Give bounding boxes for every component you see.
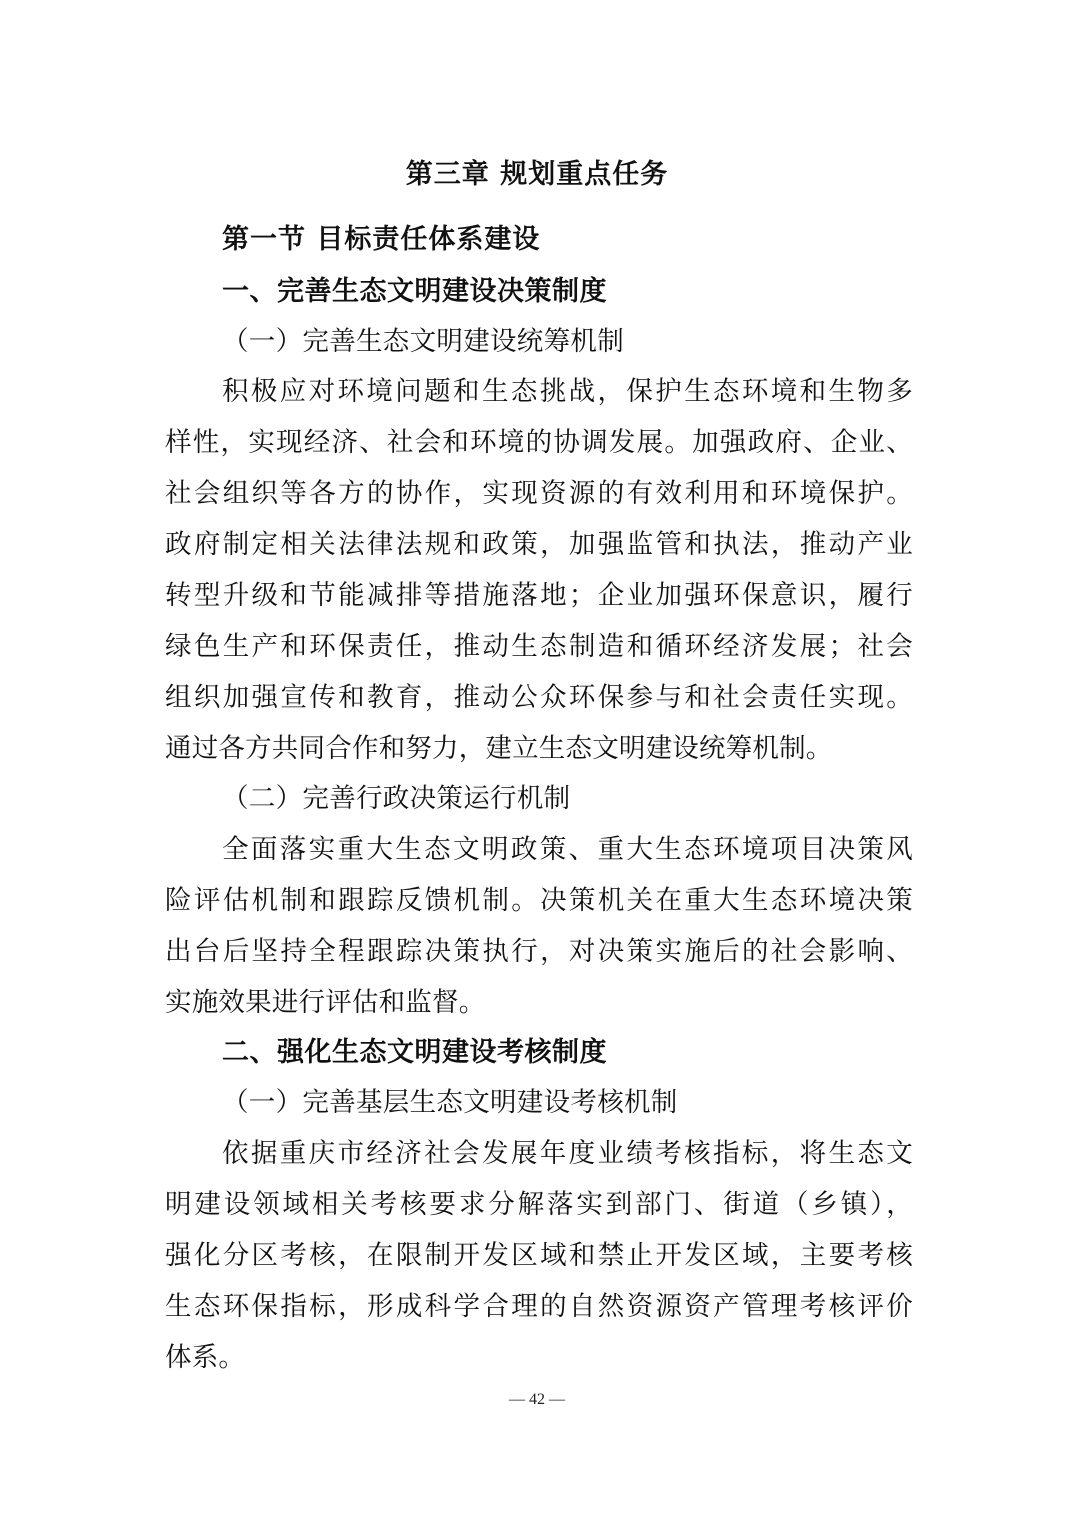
paragraph-line: 依据重庆市经济社会发展年度业绩考核指标，将生态文 — [222, 1134, 913, 1174]
paragraph-line: 政府制定相关法律法规和政策，加强监管和执法，推动产业 — [165, 525, 913, 565]
heading-1-decision-system: 一、完善生态文明建设决策制度 — [222, 272, 970, 312]
section-title: 第一节 目标责任体系建设 — [222, 220, 970, 260]
paragraph-line: 社会组织等各方的协作，实现资源的有效利用和环境保护。 — [165, 474, 913, 514]
paragraph-line: 出台后坚持全程跟踪决策执行，对决策实施后的社会影响、 — [165, 932, 913, 972]
paragraph-line: 绿色生产和环保责任，推动生态制造和循环经济发展；社会 — [165, 627, 913, 667]
heading-2-grassroots-assessment: （一）完善基层生态文明建设考核机制 — [222, 1083, 970, 1123]
document-page: 第三章 规划重点任务 第一节 目标责任体系建设 一、完善生态文明建设决策制度 （… — [0, 0, 1074, 1520]
paragraph-line: 全面落实重大生态文明政策、重大生态环境项目决策风 — [222, 830, 913, 870]
paragraph-line: 强化分区考核，在限制开发区域和禁止开发区域，主要考核 — [165, 1236, 913, 1276]
chapter-title: 第三章 规划重点任务 — [0, 155, 1074, 195]
heading-2-administrative-decision: （二）完善行政决策运行机制 — [222, 779, 970, 819]
paragraph-line: 样性，实现经济、社会和环境的协调发展。加强政府、企业、 — [165, 423, 913, 463]
paragraph-line: 实施效果进行评估和监督。 — [165, 983, 913, 1023]
paragraph-line: 转型升级和节能减排等措施落地；企业加强环保意识，履行 — [165, 576, 913, 616]
heading-2-coordination-mechanism: （一）完善生态文明建设统筹机制 — [222, 322, 970, 362]
paragraph-line: 积极应对环境问题和生态挑战，保护生态环境和生物多 — [222, 372, 913, 412]
paragraph-line: 体系。 — [165, 1338, 913, 1378]
paragraph-line: 险评估机制和跟踪反馈机制。决策机关在重大生态环境决策 — [165, 881, 913, 921]
paragraph-line: 明建设领域相关考核要求分解落实到部门、街道（乡镇）， — [165, 1185, 913, 1225]
page-number: — 42 — — [0, 1388, 1074, 1412]
paragraph-line: 组织加强宣传和教育，推动公众环保参与和社会责任实现。 — [165, 678, 913, 718]
paragraph-line: 通过各方共同合作和努力，建立生态文明建设统筹机制。 — [165, 729, 913, 769]
paragraph-line: 生态环保指标，形成科学合理的自然资源资产管理考核评价 — [165, 1287, 913, 1327]
heading-1-assessment-system: 二、强化生态文明建设考核制度 — [222, 1033, 970, 1073]
